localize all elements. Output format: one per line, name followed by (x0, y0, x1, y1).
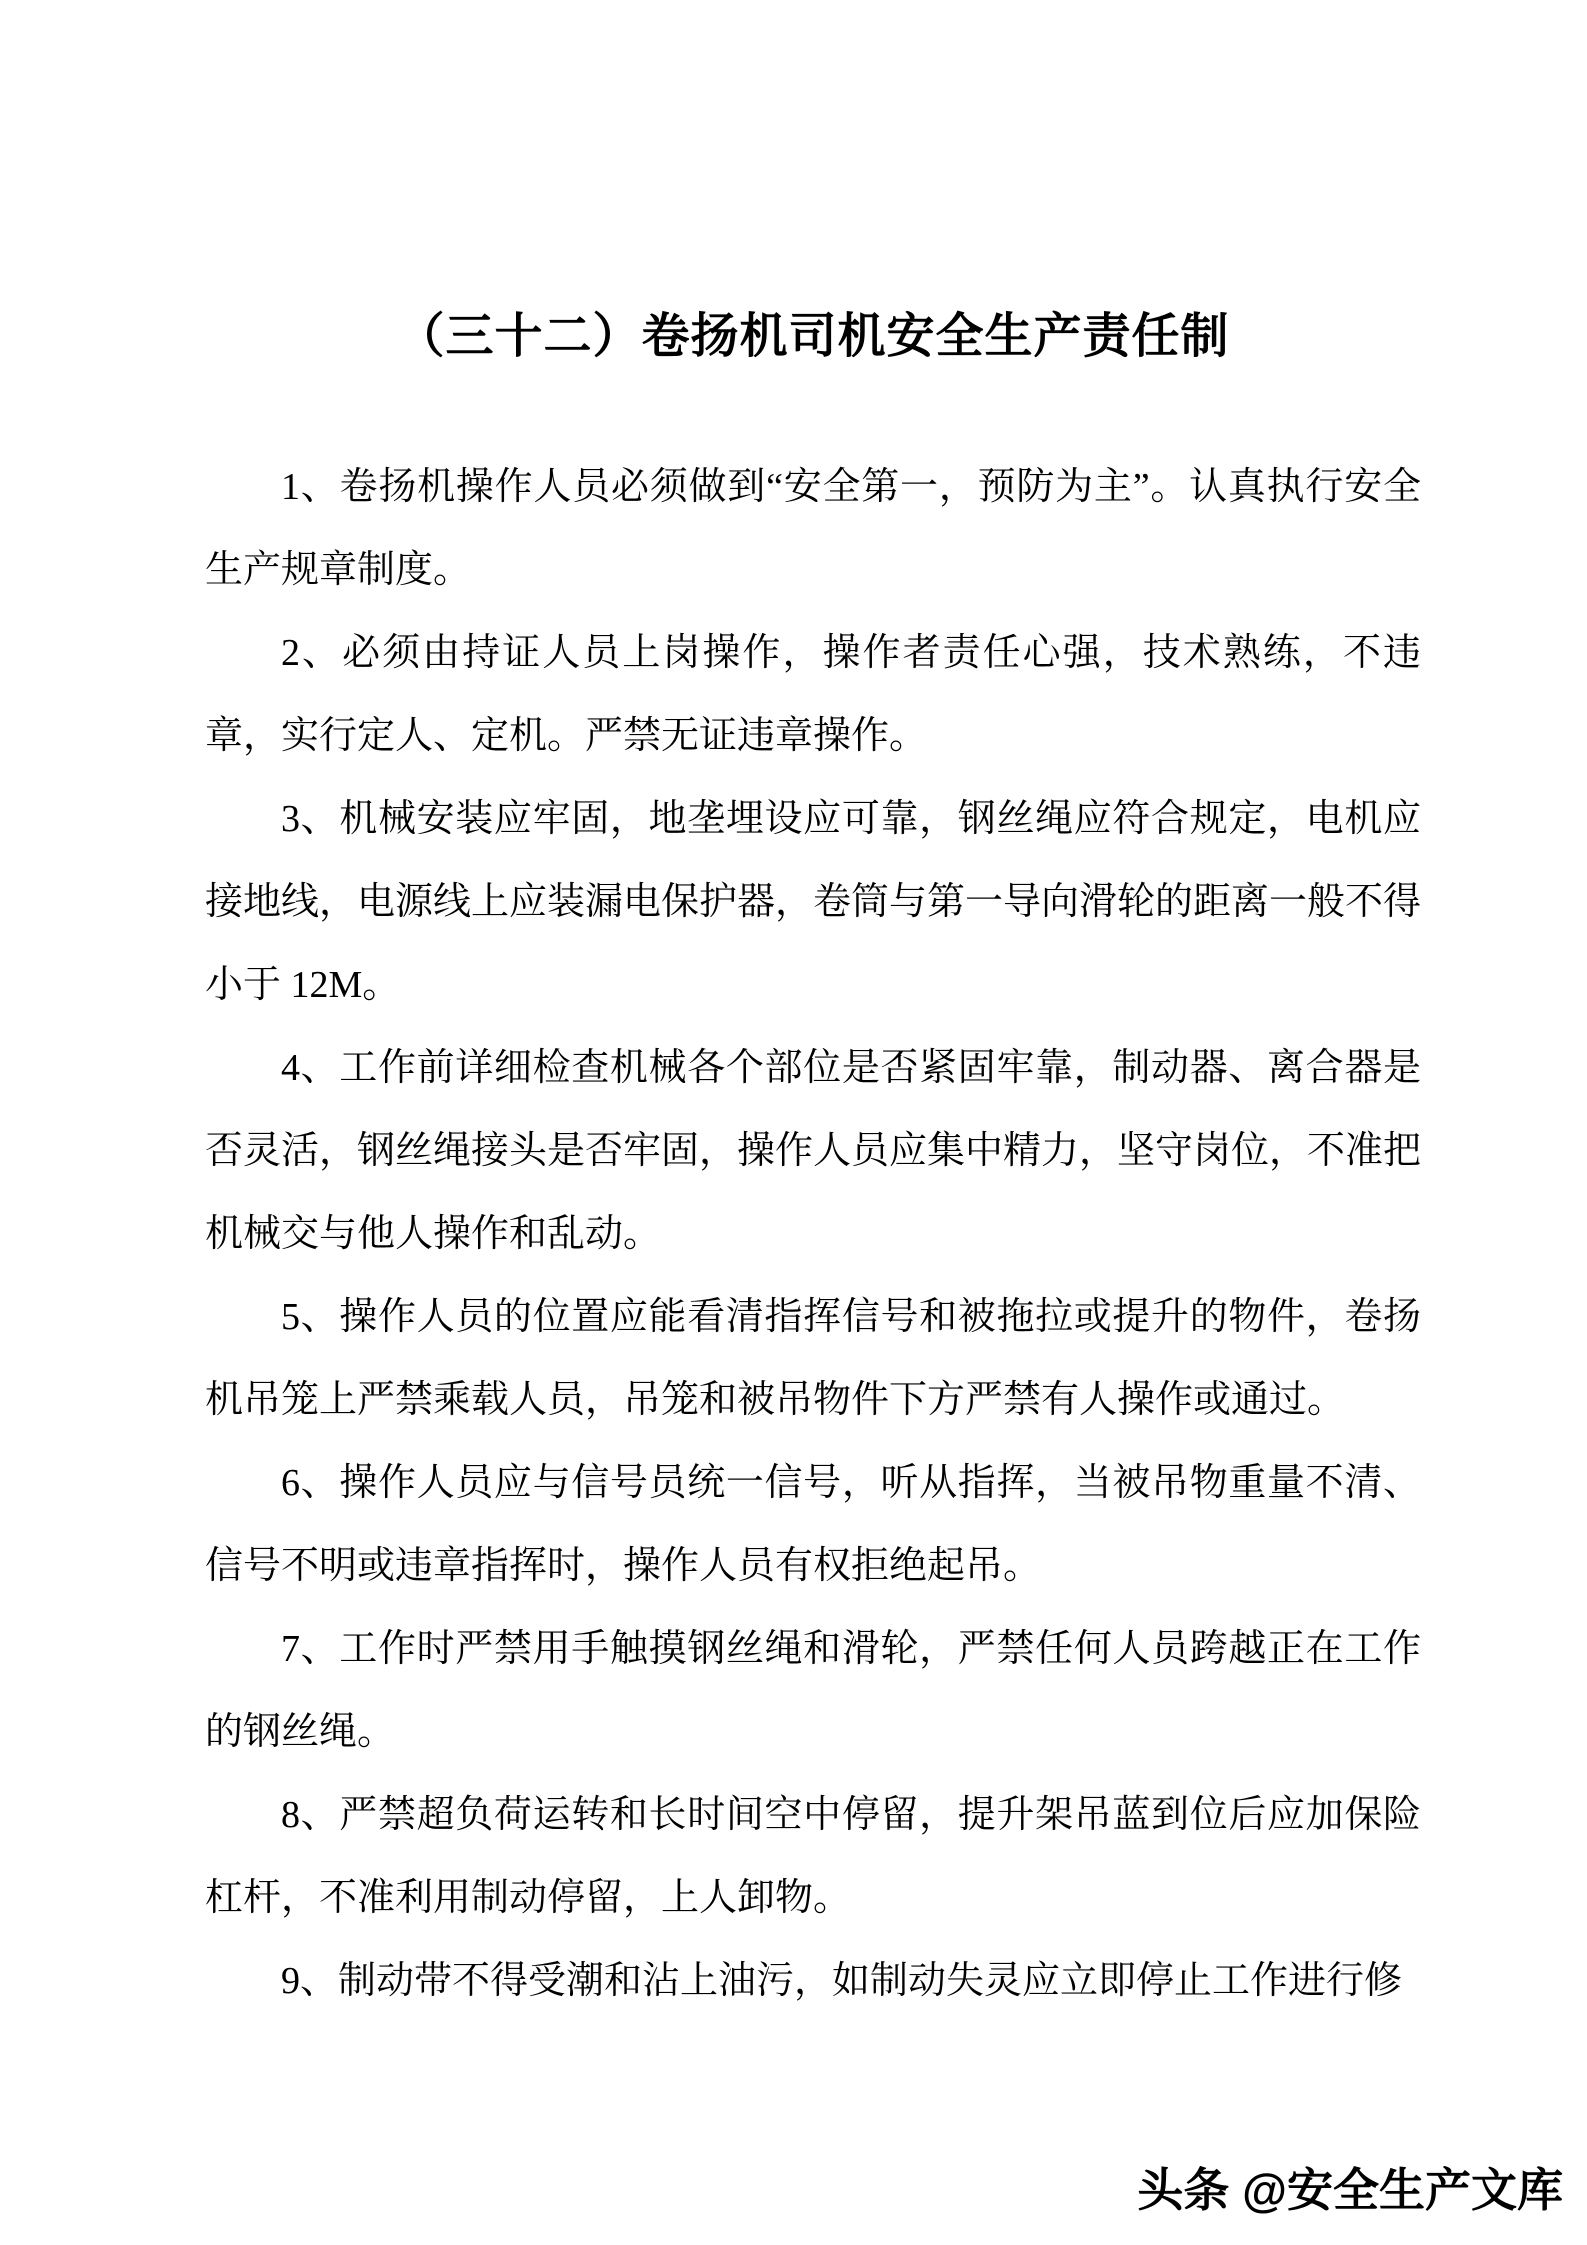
paragraph-6: 6、操作人员应与信号员统一信号，听从指挥，当被吊物重量不清、信号不明或违章指挥时… (205, 1442, 1421, 1608)
paragraph-8: 8、严禁超负荷运转和长时间空中停留，提升架吊蓝到位后应加保险杠杆，不准利用制动停… (205, 1774, 1421, 1940)
page-title: （三十二）卷扬机司机安全生产责任制 (205, 0, 1421, 368)
watermark-badge: 头条 @安全生产文库 (1137, 2165, 1563, 2215)
paragraph-7: 7、工作时严禁用手触摸钢丝绳和滑轮，严禁任何人员跨越正在工作的钢丝绳。 (205, 1608, 1421, 1774)
paragraph-5: 5、操作人员的位置应能看清指挥信号和被拖拉或提升的物件，卷扬机吊笼上严禁乘载人员… (205, 1276, 1421, 1442)
document-body: 1、卷扬机操作人员必须做到“安全第一，预防为主”。认真执行安全生产规章制度。 2… (205, 446, 1421, 2023)
paragraph-2: 2、必须由持证人员上岗操作，操作者责任心强，技术熟练，不违章，实行定人、定机。严… (205, 612, 1421, 778)
document-page: （三十二）卷扬机司机安全生产责任制 1、卷扬机操作人员必须做到“安全第一，预防为… (0, 0, 1587, 2245)
paragraph-4: 4、工作前详细检查机械各个部位是否紧固牢靠，制动器、离合器是否灵活，钢丝绳接头是… (205, 1027, 1421, 1276)
paragraph-3: 3、机械安装应牢固，地垄埋设应可靠，钢丝绳应符合规定，电机应接地线，电源线上应装… (205, 778, 1421, 1027)
paragraph-9: 9、制动带不得受潮和沾上油污，如制动失灵应立即停止工作进行修 (205, 1940, 1421, 2023)
paragraph-1: 1、卷扬机操作人员必须做到“安全第一，预防为主”。认真执行安全生产规章制度。 (205, 446, 1421, 612)
